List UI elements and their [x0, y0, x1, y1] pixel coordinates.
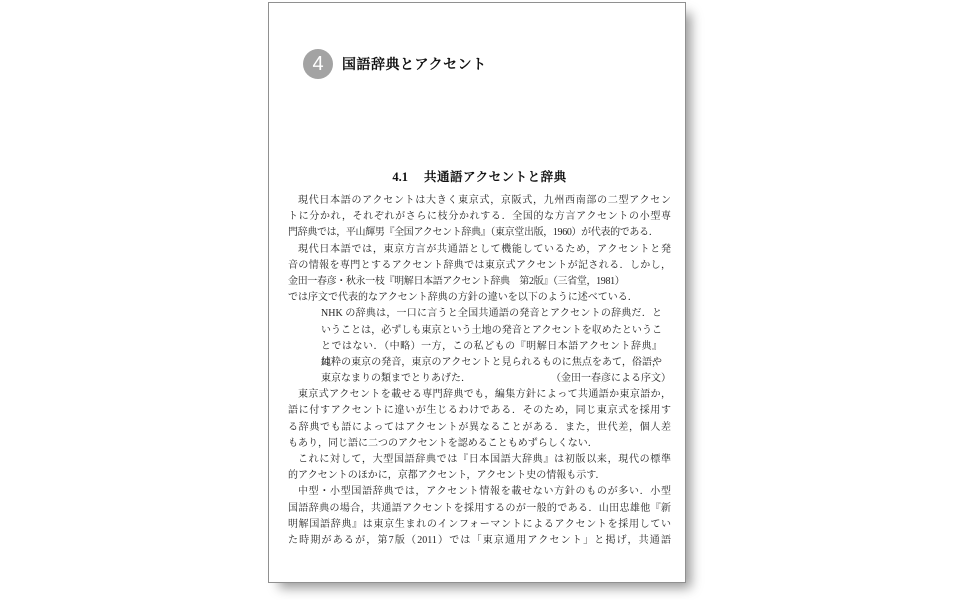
body-line: トに分かれ，それぞれがさらに枝分かれする．全国的な方言アクセントの小型専	[288, 209, 671, 225]
body-text: 現代日本語のアクセントは大きく東京式，京阪式，九州西南部の二型アクセントに分かれ…	[288, 193, 671, 549]
quote-attribution: （金田一春彦による序文）	[551, 371, 671, 387]
body-line: 金田一春彦・秋永一枝『明解日本語アクセント辞典 第2版』（三省堂，1981）	[288, 274, 671, 290]
section-number: 4.1	[392, 170, 408, 184]
body-line: これに対して，大型国語辞典では『日本国語大辞典』は初版以来，現代の標準	[288, 452, 671, 468]
body-line-text: 東京なまりの類までとりあげた．	[321, 371, 471, 387]
body-line: NHK の辞典は，一口に言うと全国共通語の発音とアクセントの辞典だ．と	[321, 306, 662, 322]
body-line: る辞典でも語によってはアクセントが異なることがある．また，世代差，個人差	[288, 420, 671, 436]
body-line-text: トに分かれ，それぞれがさらに枝分かれする．全国的な方言アクセントの小型専	[288, 211, 671, 222]
body-line: 現代日本語では，東京方言が共通語として機能しているため，アクセントと発	[288, 242, 671, 258]
body-line-text: もあり，同じ語に二つのアクセントを認めることもめずらしくない．	[288, 438, 598, 449]
body-line: 中型・小型国語辞典では，アクセント情報を載せない方針のものが多い．小型	[288, 484, 671, 500]
canvas: 4 国語辞典とアクセント 4.1 共通語アクセントと辞典 現代日本語のアクセント…	[0, 0, 970, 600]
body-line: 東京なまりの類までとりあげた．（金田一春彦による序文）	[321, 371, 671, 387]
body-line-text: 現代日本語では，東京方言が共通語として機能しているため，アクセントと発	[298, 244, 671, 255]
body-line: 音の情報を専門とするアクセント辞典では東京式アクセントが記される．しかし，	[288, 258, 671, 274]
body-line: 的アクセントのほかに，京都アクセント，アクセント史の情報も示す．	[288, 468, 671, 484]
section-title: 共通語アクセントと辞典	[424, 170, 567, 184]
body-line-text: 音の情報を専門とするアクセント辞典では東京式アクセントが記される．しかし，	[288, 260, 671, 271]
body-line-text: 門辞典では，平山輝男『全国アクセント辞典』（東京堂出版，1960）が代表的である…	[288, 227, 658, 238]
body-line-text: 東京式アクセントを載せる専門辞典でも，編集方針によって共通語か東京語か，	[298, 389, 671, 400]
chapter-number-badge: 4	[303, 49, 333, 79]
body-line-text: これに対して，大型国語辞典では『日本国語大辞典』は初版以来，現代の標準	[298, 454, 671, 465]
body-line: 明解国語辞典』は東京生まれのインフォーマントによるアクセントを採用してい	[288, 517, 671, 533]
body-line: 純粋の東京の発音，東京のアクセントと見られるものに焦点をあて，俗語や	[321, 355, 662, 371]
body-line: いうことは，必ずしも東京という土地の発音とアクセントを収めたというこ	[321, 323, 662, 339]
body-line-text: 金田一春彦・秋永一枝『明解日本語アクセント辞典 第2版』（三省堂，1981）	[288, 276, 624, 287]
chapter-number: 4	[312, 53, 323, 76]
body-line-text: NHK の辞典は，一口に言うと全国共通語の発音とアクセントの辞典だ．と	[321, 308, 662, 319]
body-line: 門辞典では，平山輝男『全国アクセント辞典』（東京堂出版，1960）が代表的である…	[288, 225, 671, 241]
chapter-title: 国語辞典とアクセント	[342, 54, 487, 74]
body-line-text: 国語辞典の場合，共通語アクセントを採用するのが一般的である．山田忠雄他『新	[288, 503, 671, 514]
body-line: 東京式アクセントを載せる専門辞典でも，編集方針によって共通語か東京語か，	[288, 387, 671, 403]
body-line-text: た時期があるが，第7版（2011）では「東京通用アクセント」と掲げ，共通語	[288, 535, 671, 546]
body-line: 語に付すアクセントに違いが生じるわけである．そのため，同じ東京式を採用す	[288, 403, 671, 419]
body-line: とではない．（中略）一方，この私どもの『明解日本語アクセント辞典』は，	[321, 339, 662, 355]
body-line-text: 語に付すアクセントに違いが生じるわけである．そのため，同じ東京式を採用す	[288, 405, 671, 416]
body-line: もあり，同じ語に二つのアクセントを認めることもめずらしくない．	[288, 436, 671, 452]
book-page: 4 国語辞典とアクセント 4.1 共通語アクセントと辞典 現代日本語のアクセント…	[268, 2, 686, 583]
body-line-text: 的アクセントのほかに，京都アクセント，アクセント史の情報も示す．	[288, 470, 605, 481]
body-line-text: 明解国語辞典』は東京生まれのインフォーマントによるアクセントを採用してい	[288, 519, 671, 530]
body-line-text: では序文で代表的なアクセント辞典の方針の違いを以下のように述べている．	[288, 292, 638, 303]
section-heading: 4.1 共通語アクセントと辞典	[288, 167, 671, 186]
body-line: 現代日本語のアクセントは大きく東京式，京阪式，九州西南部の二型アクセン	[288, 193, 671, 209]
body-line-text: いうことは，必ずしも東京という土地の発音とアクセントを収めたというこ	[321, 325, 662, 336]
body-line: た時期があるが，第7版（2011）では「東京通用アクセント」と掲げ，共通語	[288, 533, 671, 549]
body-line-text: る辞典でも語によってはアクセントが異なることがある．また，世代差，個人差	[288, 422, 671, 433]
body-line-text: 現代日本語のアクセントは大きく東京式，京阪式，九州西南部の二型アクセン	[298, 195, 671, 206]
chapter-heading: 4 国語辞典とアクセント	[303, 49, 487, 79]
body-line-text: 純粋の東京の発音，東京のアクセントと見られるものに焦点をあて，俗語や	[321, 357, 662, 368]
body-line: では序文で代表的なアクセント辞典の方針の違いを以下のように述べている．	[288, 290, 671, 306]
body-line-text: 中型・小型国語辞典では，アクセント情報を載せない方針のものが多い．小型	[298, 486, 671, 497]
body-line: 国語辞典の場合，共通語アクセントを採用するのが一般的である．山田忠雄他『新	[288, 501, 671, 517]
